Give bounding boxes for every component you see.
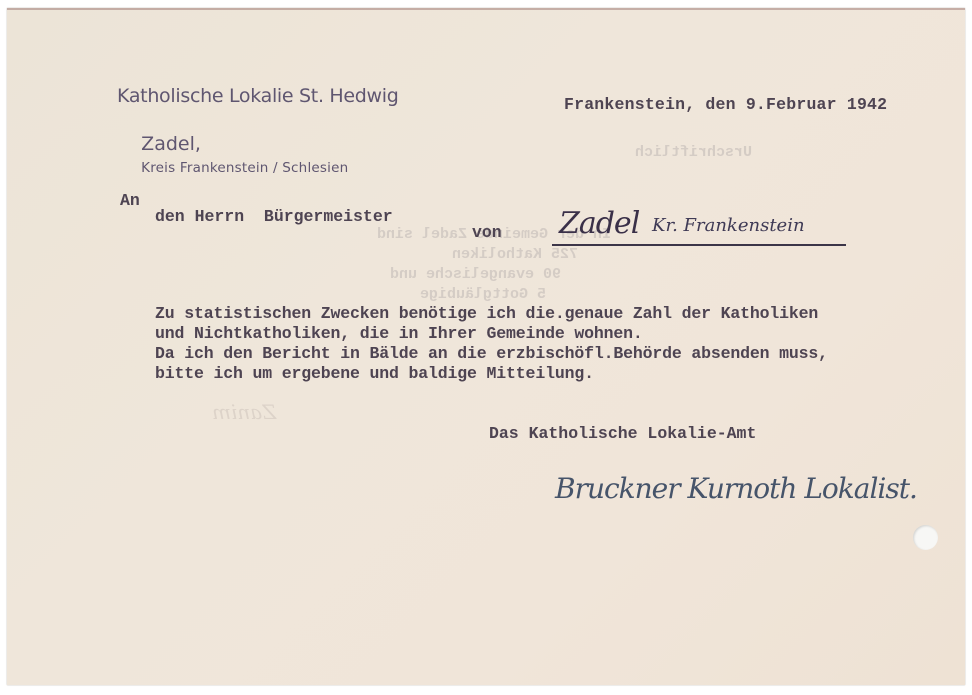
salutation: An: [120, 191, 140, 210]
body-line: Zu statistischen Zwecken benötige ich di…: [155, 304, 818, 323]
addressee: den Herrn Bürgermeister: [155, 207, 393, 226]
body-line: Da ich den Bericht in Bälde an die erzbi…: [155, 344, 828, 363]
show-through-text: 5 Gottgläubige: [420, 286, 546, 303]
sender-closing: Das Katholische Lokalie-Amt: [489, 424, 756, 443]
date-line: Frankenstein, den 9.Februar 1942: [564, 95, 887, 114]
letterhead-address: Zadel, Kreis Frankenstein / Schlesien: [117, 111, 348, 199]
faint-show-through-signature: Zanim: [212, 400, 276, 424]
body-line: und Nichtkatholiken, die in Ihrer Gemein…: [155, 324, 643, 343]
letter-paper: Katholische Lokalie St. Hedwig Zadel, Kr…: [7, 8, 965, 685]
show-through-text: Urschriftlich: [635, 144, 752, 161]
punch-hole: [913, 525, 938, 550]
letterhead-district: Kreis Frankenstein / Schlesien: [141, 160, 348, 176]
handwritten-place: Zadel: [559, 206, 639, 241]
letterhead-organization: Katholische Lokalie St. Hedwig: [117, 85, 399, 107]
handwritten-district: Kr. Frankenstein: [652, 215, 805, 236]
show-through-text: 725 Katholiken: [452, 246, 578, 263]
von-label: von: [472, 223, 502, 242]
signature: Bruckner Kurnoth Lokalist.: [555, 472, 917, 505]
body-line: bitte ich um ergebene und baldige Mittei…: [155, 364, 594, 383]
letterhead-place: Zadel,: [141, 133, 201, 155]
show-through-text: 90 evangelische und: [390, 266, 561, 283]
underline: [552, 244, 846, 246]
